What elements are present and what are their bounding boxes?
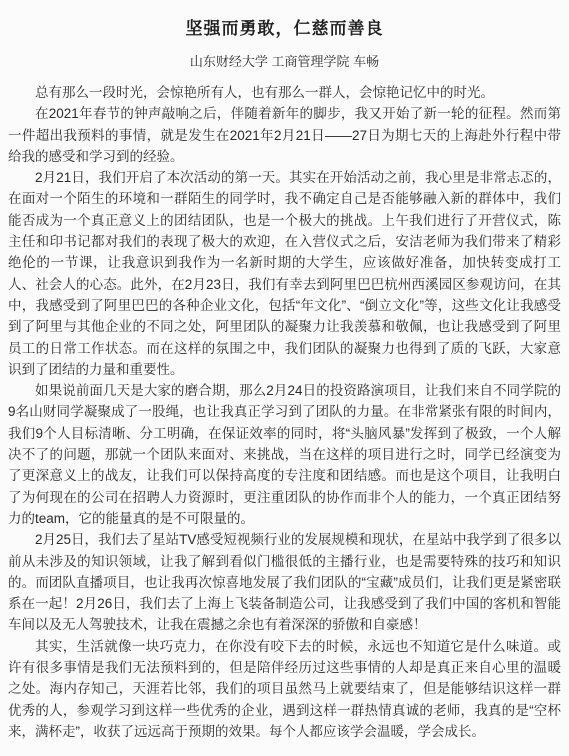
essay-title: 坚强而勇敢，仁慈而善良 <box>8 14 561 39</box>
body-paragraph-2: 在2021年春节的钟声敲响之后，伴随着新年的脚步，我又开始了新一轮的征程。然而第… <box>8 103 561 167</box>
essay-body: 总有那么一段时光，会惊艳所有人，也有那么一群人，会惊艳记忆中的时光。 在2021… <box>8 82 561 742</box>
body-paragraph-3: 2月21日，我们开启了本次活动的第一天。其实在开始活动之前，我心里是非常忐忑的，… <box>8 167 561 380</box>
body-paragraph-4: 如果说前面几天是大家的磨合期，那么2月24日的投资路演项目，让我们来自不同学院的… <box>8 380 561 529</box>
essay-byline: 山东财经大学 工商管理学院 车畅 <box>8 51 561 70</box>
body-paragraph-5: 2月25日，我们去了星站TV感受短视频行业的发展规模和现状，在星站中我学到了很多… <box>8 529 561 635</box>
body-paragraph-1: 总有那么一段时光，会惊艳所有人，也有那么一群人，会惊艳记忆中的时光。 <box>8 82 561 103</box>
body-paragraph-6: 其实，生活就像一块巧克力，在你没有咬下去的时候，永远也不知道它是什么味道。或许有… <box>8 636 561 742</box>
essay-page: 坚强而勇敢，仁慈而善良 山东财经大学 工商管理学院 车畅 总有那么一段时光，会惊… <box>0 0 569 756</box>
